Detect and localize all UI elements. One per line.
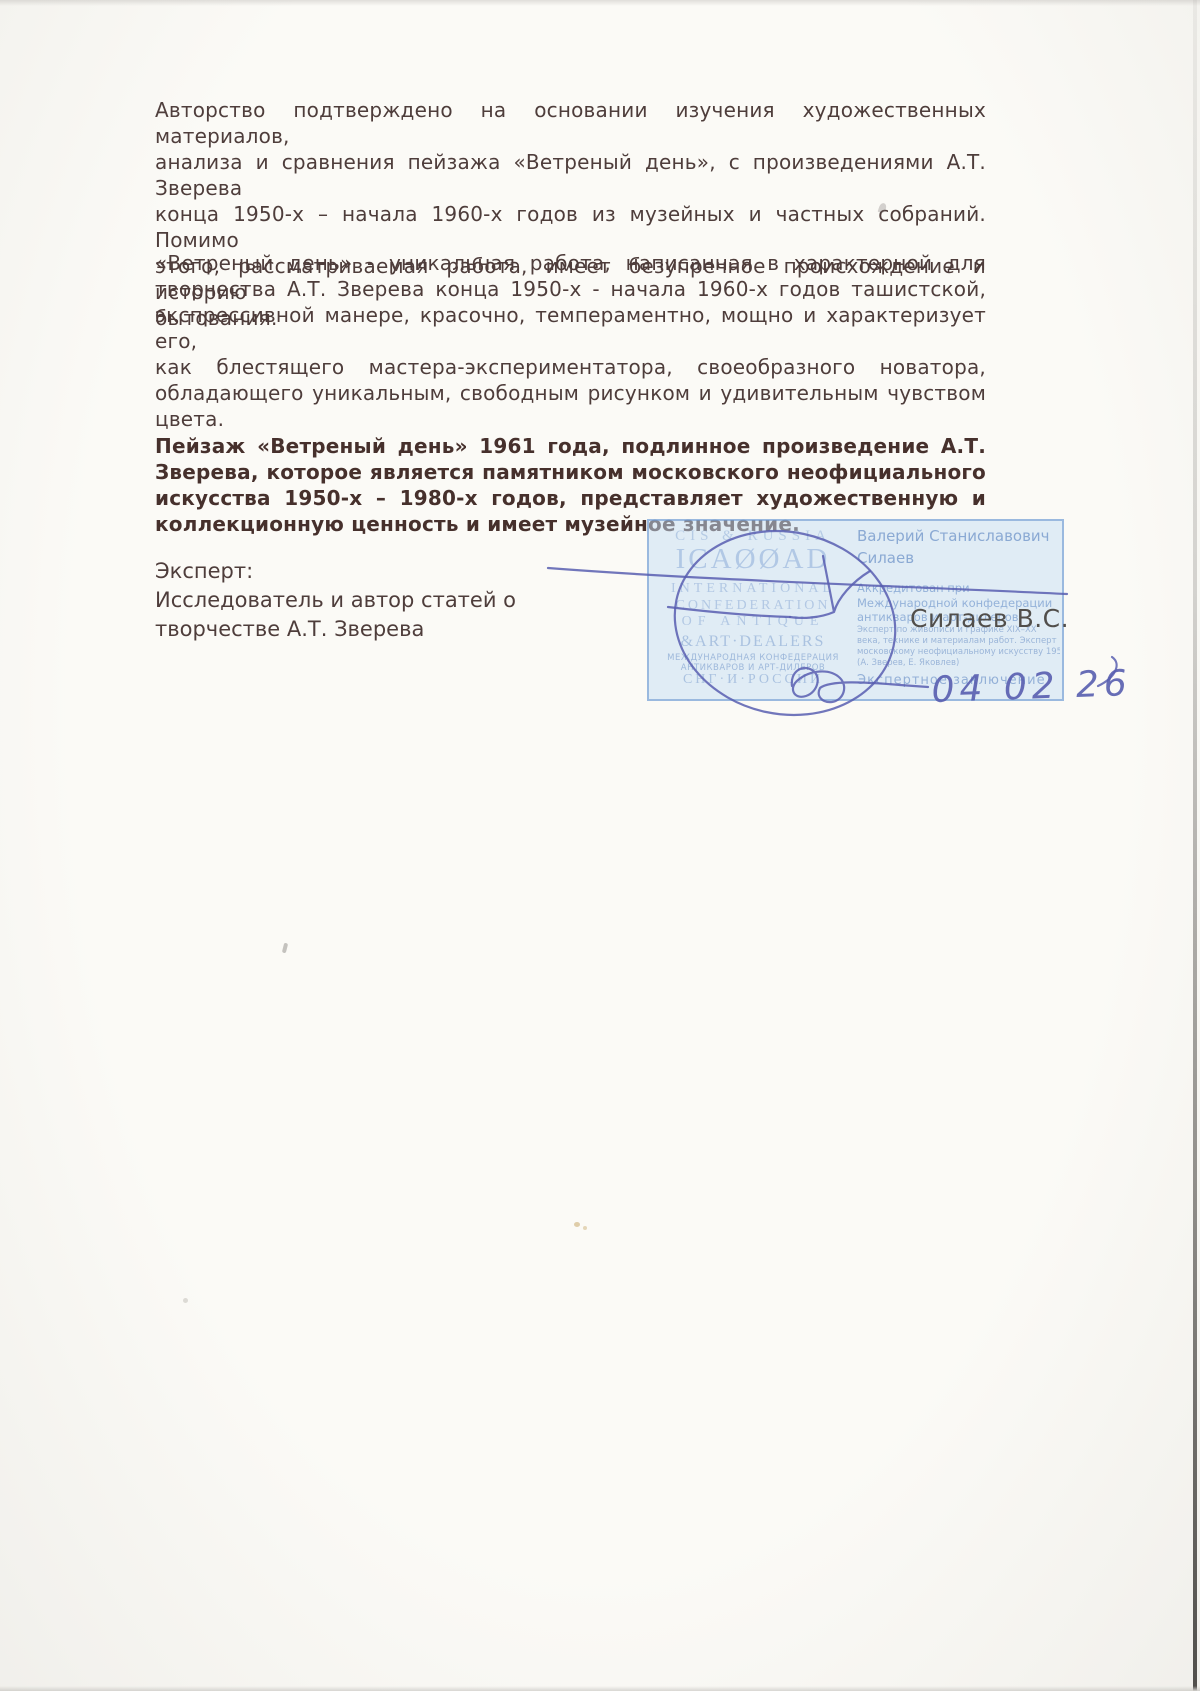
paragraph-artwork-description: «Ветреный день» - уникальная работа, нап… bbox=[155, 250, 986, 432]
signature-final-flourish bbox=[1098, 657, 1117, 686]
scan-speck bbox=[583, 1226, 587, 1230]
stamp-expert-last-name: Силаев bbox=[857, 549, 914, 567]
scan-edge-top bbox=[0, 0, 1200, 6]
stamp-footer-text: Экспертное заключение bbox=[857, 673, 1046, 688]
scan-speck bbox=[282, 943, 288, 954]
stamp-of-antique-row: OF ANTIQUE bbox=[653, 614, 853, 630]
stamp-confederation-row: CONFEDERATION bbox=[653, 598, 853, 614]
expert-role-line: Исследователь и автор статей о bbox=[155, 586, 516, 615]
scan-speck bbox=[574, 1222, 580, 1227]
stamp-art-dealers-row: &ART·DEALERS bbox=[653, 633, 853, 651]
stamp-icaad-logo: ICAØØAD bbox=[653, 543, 853, 576]
stamp-logo-block: CIS & RUSSIA ICAØØAD INTERNATIONAL CONFE… bbox=[653, 521, 853, 699]
expert-label: Эксперт: bbox=[155, 557, 516, 586]
document-page: Авторство подтверждено на основании изуч… bbox=[0, 0, 1200, 1691]
expert-signature-block: Эксперт: Исследователь и автор статей о … bbox=[155, 557, 516, 644]
scan-edge-bottom bbox=[0, 1686, 1200, 1691]
stamp-accreditation-line: Аккредитован при bbox=[857, 581, 970, 595]
scan-edge-right bbox=[1193, 0, 1197, 1691]
expert-role-line: творчестве А.Т. Зверева bbox=[155, 615, 516, 644]
stamp-international-row: INTERNATIONAL bbox=[653, 581, 853, 597]
stamp-ru-confederation-row: МЕЖДУНАРОДНАЯ КОНФЕДЕРАЦИЯ bbox=[653, 653, 853, 663]
stamp-cis-and-russia-ru-row: СНГ·И·РОССИИ bbox=[653, 672, 853, 688]
scan-speck bbox=[183, 1298, 188, 1303]
stamp-expert-first-name: Валерий Станиславович bbox=[857, 527, 1050, 545]
expert-printed-name: Силаев В.С. bbox=[910, 604, 1069, 633]
